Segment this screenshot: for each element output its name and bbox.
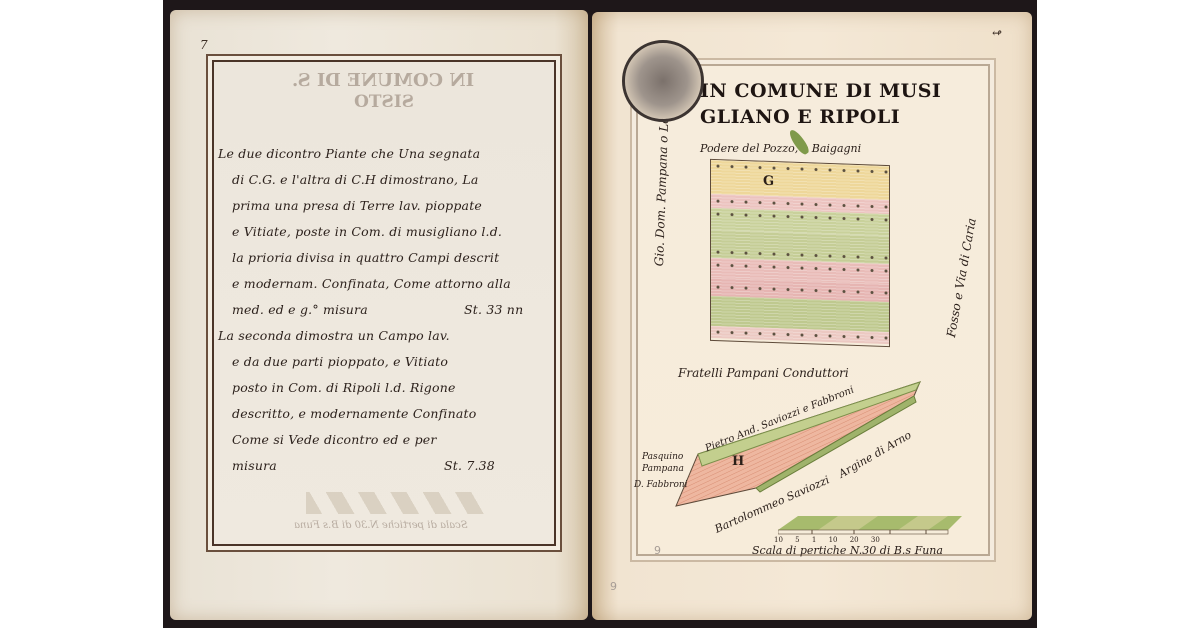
- pencil-mark: 9: [654, 544, 661, 557]
- show-through-scale-caption: Scala di pertiche N.30 di B.s Funa: [294, 520, 468, 531]
- measure-2: St. 7.38: [444, 458, 495, 473]
- measure-1: St. 33 nn: [464, 302, 523, 317]
- map-title-line-1: IN COMUNE DI MUSI: [700, 80, 941, 102]
- right-page-frame: IN COMUNE DI MUSI GLIANO E RIPOLI Podere…: [636, 64, 990, 556]
- label-pampana-h: Pampana: [642, 464, 684, 474]
- scale-ticks: 10 5 1 10 20 30: [774, 536, 880, 544]
- text-line: prima una presa di Terre lav. pioppate: [232, 198, 482, 213]
- text-line: Le due dicontro Piante che Una segnata: [218, 146, 480, 161]
- text-line: misura: [232, 458, 277, 473]
- show-through-title-1: IN COMUNE DI S.: [292, 70, 474, 91]
- left-page: 7 IN COMUNE DI S. SISTO Le due dicontro …: [170, 10, 588, 620]
- parcel-letter-h: H: [732, 454, 744, 469]
- right-page: ↫ 9 IN COMUNE DI MUSI GLIANO E RIPOLI Po…: [592, 12, 1032, 620]
- seal-stamp-icon: [622, 40, 704, 122]
- text-line: posto in Com. di Ripoli l.d. Rigone: [232, 380, 456, 395]
- text-line: med. ed e g.° misura: [232, 302, 368, 317]
- label-d-fabbroni: D. Fabbroni: [634, 480, 688, 490]
- left-page-frame: IN COMUNE DI S. SISTO Le due dicontro Pi…: [212, 60, 556, 546]
- text-line: e Vitiate, poste in Com. di musigliano l…: [232, 224, 502, 239]
- parcel-g: G: [710, 159, 890, 347]
- pencil-mark: 9: [610, 580, 617, 593]
- text-line: La seconda dimostra un Campo lav.: [218, 328, 450, 343]
- text-line: e modernam. Confinata, Come attorno alla: [232, 276, 511, 291]
- label-podere: Podere del Pozzo, e Baigagni: [700, 142, 861, 155]
- label-pasquino: Pasquino: [642, 452, 683, 462]
- show-through-scale: [306, 492, 484, 514]
- text-line: descritto, e modernamente Confinato: [232, 406, 476, 421]
- label-fosso-via-di-caria: Fosso e Via di Caria: [944, 217, 979, 338]
- parcel-letter-g: G: [763, 174, 774, 189]
- text-line: di C.G. e l'altra di C.H dimostrano, La: [232, 172, 479, 187]
- text-line: e da due parti pioppato, e Vitiato: [232, 354, 448, 369]
- scale-caption: Scala di pertiche N.30 di B.s Funa: [752, 544, 943, 557]
- text-line: Come si Vede dicontro ed e per: [232, 432, 437, 447]
- scale-bar: [778, 514, 962, 538]
- label-pampana: Gio. Dom. Pampana o Lotto: [652, 99, 672, 266]
- map-title-line-2: GLIANO E RIPOLI: [700, 106, 900, 128]
- text-line: la prioria divisa in quattro Campi descr…: [232, 250, 499, 265]
- folio-number-left: 7: [200, 38, 208, 52]
- show-through-title-2: SISTO: [354, 92, 414, 112]
- corner-mark: ↫: [992, 26, 1002, 40]
